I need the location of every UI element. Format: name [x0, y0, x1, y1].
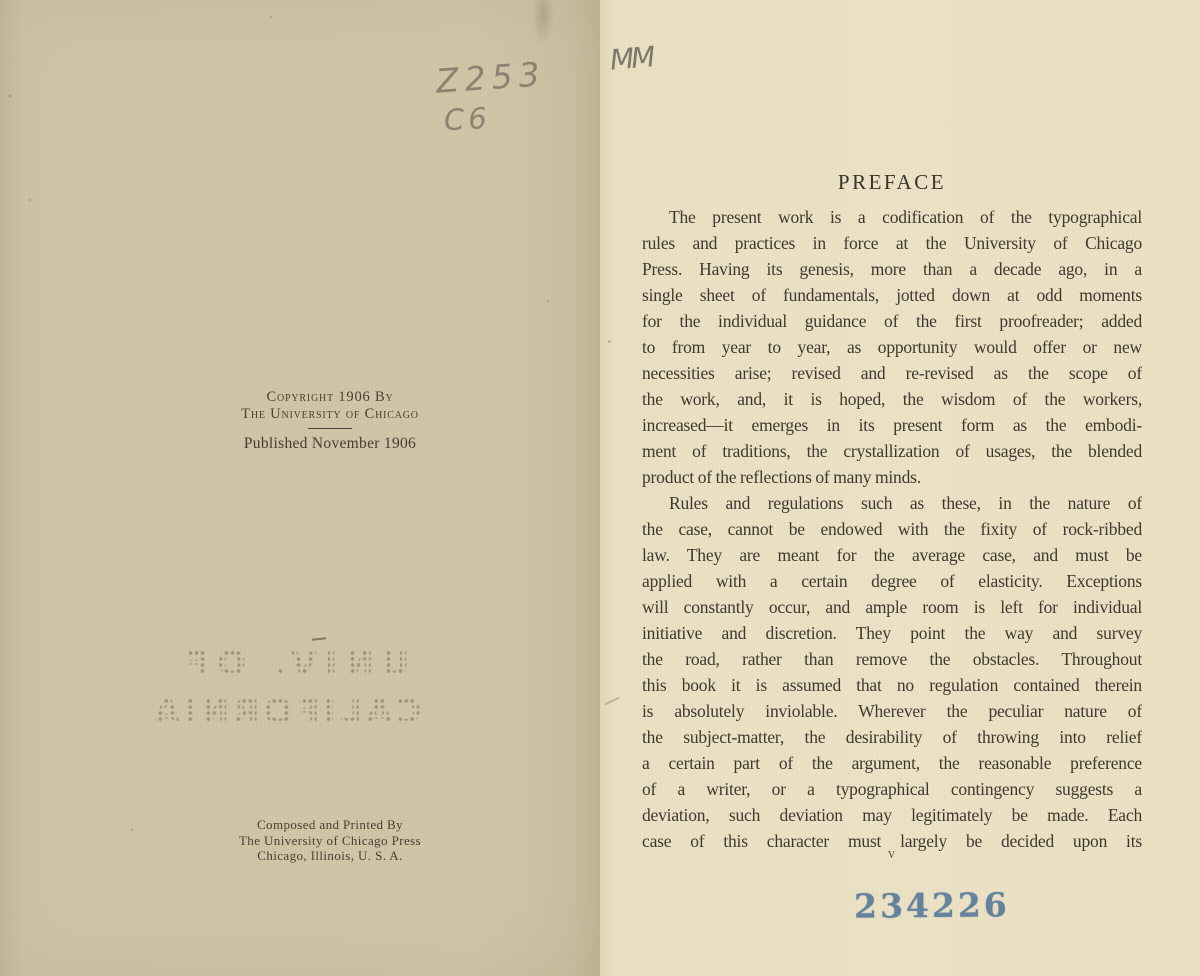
preface-line: law. They are meant for the average case… [642, 542, 1142, 568]
preface-line: is absolutely inviolable. Wherever the p… [642, 698, 1142, 724]
preface-line: deviation, such deviation may legitimate… [642, 802, 1142, 828]
right-page: MM PREFACE The present work is a codific… [600, 0, 1200, 976]
perforated-stamp-row1: UNIV. OF [178, 644, 410, 684]
preface-line: Press. Having its genesis, more than a d… [642, 256, 1142, 282]
copyright-divider-rule [308, 428, 352, 429]
preface-line: the case, cannot be endowed with the fix… [642, 516, 1142, 542]
preface-line: the road, rather than remove the obstacl… [642, 646, 1142, 672]
left-page: Z253 C6 Copyright 1906 By The University… [0, 0, 600, 976]
copyright-block: Copyright 1906 By The University of Chic… [180, 389, 480, 453]
imprint-line-2: The University of Chicago Press [180, 833, 480, 849]
imprint-line-1: Composed and Printed By [180, 817, 480, 833]
preface-body: The present work is a codification of th… [642, 204, 1142, 854]
preface-line: necessities arise; revised and re-revise… [642, 360, 1142, 386]
published-line: Published November 1906 [180, 435, 480, 453]
preface-line: The present work is a codification of th… [642, 204, 1142, 230]
handwritten-mm-annotation: MM [609, 40, 654, 77]
preface-line: the work, and, it is hoped, the wisdom o… [642, 386, 1142, 412]
preface-line: rules and practices in force at the Univ… [642, 230, 1142, 256]
handwritten-call-number-line1: Z253 [435, 54, 547, 101]
preface-line: Rules and regulations such as these, in … [642, 490, 1142, 516]
preface-line: to from year to year, as opportunity wou… [642, 334, 1142, 360]
preface-line: of a writer, or a typographical continge… [642, 776, 1142, 802]
perforated-stamp-row2: CALIFORNIA [150, 692, 421, 732]
margin-pencil-tick [604, 697, 619, 706]
handwritten-call-number-line2: C6 [443, 101, 491, 137]
paper-specks [0, 0, 2, 2]
scanned-book-spread: { "left_page": { "handwritten_call_numbe… [0, 0, 1200, 976]
preface-line: for the individual guidance of the first… [642, 308, 1142, 334]
copyright-line-2: The University of Chicago [180, 406, 480, 423]
preface-line: single sheet of fundamentals, jotted dow… [642, 282, 1142, 308]
preface-line: the subject-matter, the desirability of … [642, 724, 1142, 750]
preface-line: this book it is assumed that no regulati… [642, 672, 1142, 698]
page-number: v [642, 847, 1142, 863]
preface-heading: PREFACE [642, 170, 1142, 195]
preface-line: applied with a certain degree of elastic… [642, 568, 1142, 594]
preface-line: will constantly occur, and ample room is… [642, 594, 1142, 620]
ink-smudge [532, 0, 554, 46]
copyright-line-1: Copyright 1906 By [180, 389, 480, 406]
preface-line: ment of traditions, the crystallization … [642, 438, 1142, 464]
preface-line: a certain part of the argument, the reas… [642, 750, 1142, 776]
preface-line: product of the reflections of many minds… [642, 464, 1142, 490]
preface-line: initiative and discretion. They point th… [642, 620, 1142, 646]
preface-line: increased—it emerges in its present form… [642, 412, 1142, 438]
imprint-line-3: Chicago, Illinois, U. S. A. [180, 848, 480, 864]
accession-number-stamp: 234226 [854, 885, 1010, 925]
pencil-dash-mark [312, 637, 326, 640]
printer-imprint-block: Composed and Printed By The University o… [180, 817, 480, 864]
margin-speck [608, 340, 611, 343]
